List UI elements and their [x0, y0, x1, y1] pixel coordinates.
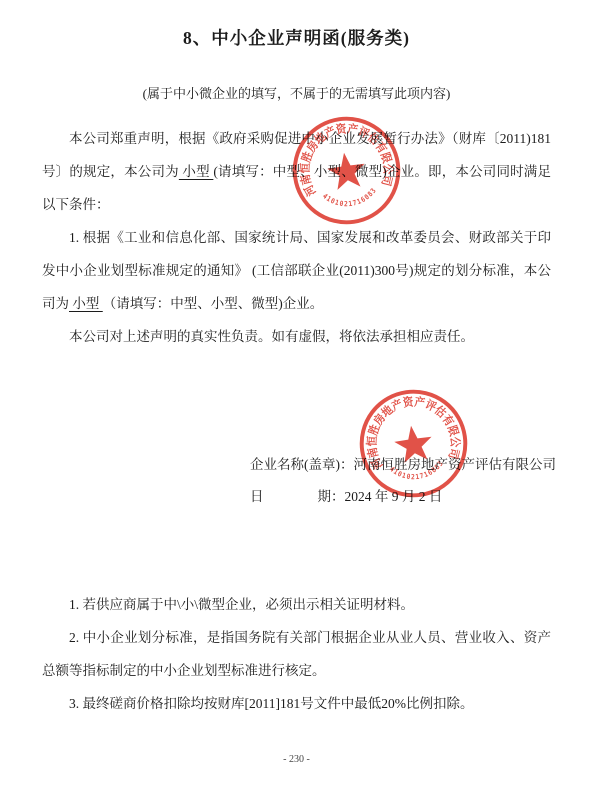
note-item-3: 3. 最终磋商价格扣除均按财库[2011]181号文件中最低20%比例扣除。 — [42, 687, 551, 720]
notes-block: 1. 若供应商属于中\小\微型企业，必须出示相关证明材料。 2. 中小企业划分标… — [42, 588, 551, 720]
declaration-body: 本公司郑重声明，根据《政府采购促进中小企业发展暂行办法》（财库〔2011)181… — [42, 122, 551, 353]
declaration-paragraph-1: 本公司郑重声明，根据《政府采购促进中小企业发展暂行办法》（财库〔2011)181… — [42, 122, 551, 221]
note-item-2: 2. 中小企业划分标准，是指国务院有关部门根据企业从业人员、营业收入、资产总额等… — [42, 621, 551, 687]
company-name-value: 河南恒胜房地产资产评估有限公司 — [354, 457, 557, 472]
date-line: 日 期：2024 年 9 月 2 日 — [250, 481, 593, 513]
date-value: 2024 年 9 月 2 日 — [345, 489, 443, 504]
subtitle-note: (属于中小微企业的填写，不属于的无需填写此项内容) — [0, 83, 593, 102]
document-page: 8、中小企业声明函(服务类) (属于中小微企业的填写，不属于的无需填写此项内容)… — [0, 0, 593, 807]
page-title: 8、中小企业声明函(服务类) — [0, 25, 593, 50]
condition-item-1: 1. 根据《工业和信息化部、国家统计局、国家发展和改革委员会、财政部关于印发中小… — [42, 221, 551, 320]
declaration-paragraph-2: 本公司对上述声明的真实性负责。如有虚假，将依法承担相应责任。 — [42, 320, 551, 353]
company-name-label: 企业名称(盖章)： — [250, 457, 354, 472]
signature-block: 企业名称(盖章)：河南恒胜房地产资产评估有限公司 日 期：2024 年 9 月 … — [250, 449, 593, 513]
condition-1-text-after: （请填写：中型、小型、微型)企业。 — [103, 296, 324, 311]
company-name-line: 企业名称(盖章)：河南恒胜房地产资产评估有限公司 — [250, 449, 593, 481]
note-item-1: 1. 若供应商属于中\小\微型企业，必须出示相关证明材料。 — [42, 588, 551, 621]
date-label: 日 期： — [250, 489, 345, 504]
enterprise-type-fill-1: 小型 — [179, 164, 214, 179]
page-number: - 230 - — [0, 754, 593, 765]
enterprise-type-fill-2: 小型 — [69, 296, 103, 311]
